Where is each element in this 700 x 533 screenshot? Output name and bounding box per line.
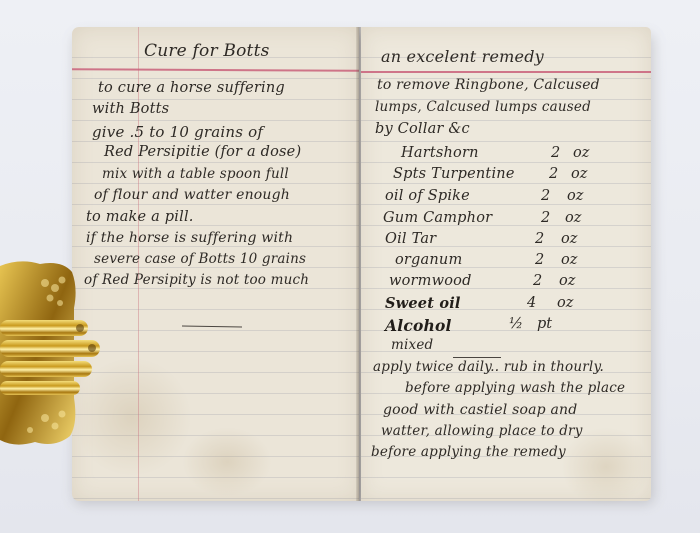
ingredient-unit: oz — [557, 295, 573, 311]
header-red-rule — [361, 71, 651, 73]
ingredient-qty: 2 — [535, 252, 544, 268]
ingredient-qty: 2 — [541, 188, 550, 204]
ingredient-unit: pt — [537, 316, 552, 332]
left-page: Cure for Botts to cure a horse suffering… — [72, 27, 359, 501]
ingredient-name: Gum Camphor — [383, 210, 492, 226]
handwritten-line: severe case of Botts 10 grains — [94, 251, 306, 267]
ingredient-unit: oz — [561, 252, 577, 268]
ingredient-unit: oz — [561, 231, 577, 247]
right-page-heading: an excelent remedy — [381, 47, 544, 66]
handwritten-line: to cure a horse suffering — [98, 80, 285, 96]
ingredient-unit: oz — [565, 210, 581, 226]
ingredient-qty: 2 — [549, 166, 558, 182]
brass-clip-icon — [0, 258, 100, 448]
handwritten-line: lumps, Calcused lumps caused — [375, 99, 591, 115]
paper-stain — [182, 427, 272, 497]
handwritten-line: apply twice daily.. rub in thourly. — [373, 359, 604, 375]
ingredient-qty: 2 — [541, 210, 550, 226]
ingredient-unit: oz — [559, 273, 575, 289]
ingredient-unit: oz — [573, 145, 589, 161]
ingredient-name: organum — [395, 252, 462, 268]
handwritten-line: before applying wash the place — [405, 380, 625, 396]
ingredient-qty: 2 — [533, 273, 542, 289]
handwritten-line: if the horse is suffering with — [86, 230, 293, 246]
ingredient-unit: oz — [567, 188, 583, 204]
ingredient-qty: 2 — [535, 231, 544, 247]
handwritten-line: before applying the remedy — [371, 444, 566, 460]
handwritten-line: mix with a table spoon full — [102, 166, 289, 182]
handwritten-line: give .5 to 10 grains of — [92, 123, 263, 141]
ingredient-name: Oil Tar — [385, 231, 436, 247]
paper-stain — [561, 427, 651, 507]
ingredient-name: Alcohol — [385, 316, 452, 335]
ingredient-name: oil of Spike — [385, 188, 470, 204]
handwritten-line: Red Persipitie (for a dose) — [104, 144, 301, 160]
right-page: an excelent remedy to remove Ringbone, C… — [361, 27, 651, 501]
handwritten-line: good with castiel soap and — [383, 402, 577, 418]
handwritten-line: by Collar &c — [375, 121, 470, 137]
handwritten-line: to remove Ringbone, Calcused — [377, 77, 600, 93]
header-red-rule — [72, 68, 359, 72]
ingredient-qty: 4 — [527, 295, 536, 311]
separator-dash — [453, 357, 501, 358]
brass-clip — [0, 258, 100, 448]
ingredient-name: Hartshorn — [401, 145, 479, 161]
left-page-heading: Cure for Botts — [144, 41, 270, 61]
handwritten-line: of Red Persipity is not too much — [84, 272, 309, 288]
handwritten-line: with Botts — [92, 101, 169, 117]
separator-dash — [182, 325, 242, 327]
ingredient-name: Sweet oil — [385, 295, 461, 312]
handwritten-line: to make a pill. — [86, 209, 194, 225]
ingredient-name: wormwood — [389, 273, 472, 289]
ingredient-name: Spts Turpentine — [393, 166, 515, 182]
handwritten-line: of flour and watter enough — [94, 187, 290, 203]
mixed-note: mixed — [391, 337, 433, 353]
ingredient-unit: oz — [571, 166, 587, 182]
ingredient-qty: 2 — [551, 145, 560, 161]
handwritten-line: watter, allowing place to dry — [381, 423, 583, 439]
ingredient-qty: ½ — [509, 316, 523, 332]
